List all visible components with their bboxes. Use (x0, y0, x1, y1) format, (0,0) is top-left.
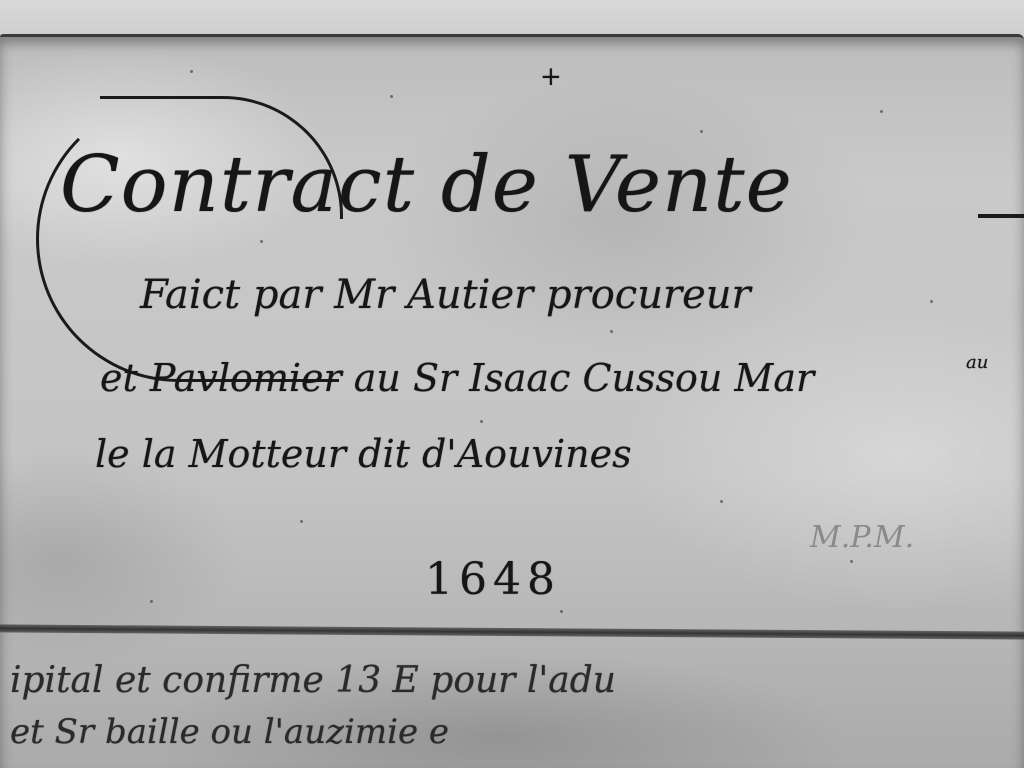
superscript-note: au (966, 352, 988, 373)
title-end-dash (978, 214, 1024, 218)
text-line-1: Faict par Mr Autier procureur (140, 272, 751, 318)
header-cross-mark: + (540, 62, 562, 92)
document-title: Contract de Vente (60, 140, 793, 230)
text-line-3: le la Motteur dit d'Aouvines (95, 432, 632, 476)
document-year: 1648 (425, 554, 561, 605)
faint-pencil-annotation: M.P.M. (810, 520, 914, 555)
lower-text-line-2: et Sr baille ou l'auzimie e (10, 712, 449, 752)
text-line-2: et Pavlomier au Sr Isaac Cussou Mar (100, 356, 814, 400)
lower-text-line-1: ipital et confirme 13 E pour l'adu (10, 660, 616, 701)
